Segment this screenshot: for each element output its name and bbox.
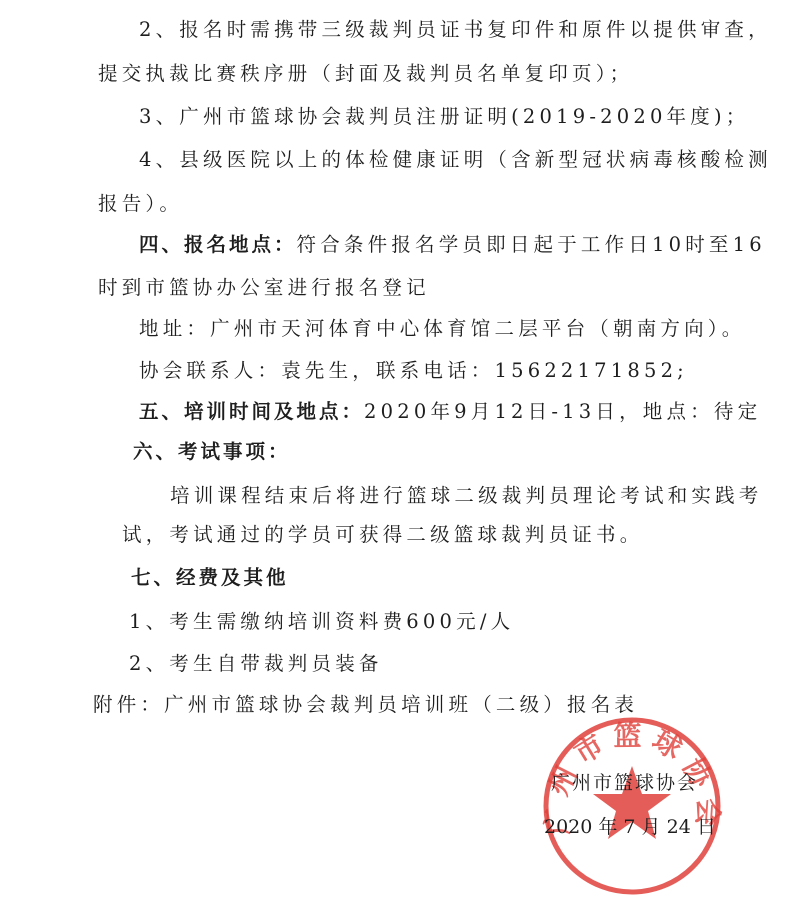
- section-7-item-2: 2、考生自带裁判员装备: [129, 652, 383, 676]
- official-seal: 广州市篮球协会: [540, 714, 724, 898]
- address-line: 地址：广州市天河体育中心体育馆二层平台（朝南方向）。: [139, 317, 745, 341]
- section-6-line-1: 培训课程结束后将进行篮球二级裁判员理论考试和实践考: [170, 484, 763, 508]
- section-4-text: 符合条件报名学员即日起于工作日10时至16: [297, 233, 766, 256]
- section-6-line-2: 试，考试通过的学员可获得二级篮球裁判员证书。: [122, 523, 643, 547]
- section-5-heading: 五、培训时间及地点：: [139, 400, 364, 423]
- section-7-heading: 七、经费及其他: [131, 566, 289, 590]
- item-2-line-2: 提交执裁比赛秩序册（封面及裁判员名单复印页）；: [98, 62, 633, 86]
- item-3: 3、广州市篮球协会裁判员注册证明(2019-2020年度)；: [139, 105, 749, 129]
- signature-date: 2020 年 7 月 24 日: [544, 812, 716, 839]
- item-2-line-1: 2、报名时需携带三级裁判员证书复印件和原件以提供审查，: [139, 18, 772, 42]
- section-5-text: 2020年9月12日-13日，地点：待定: [364, 400, 761, 423]
- signature-org: 广州市篮球协会: [551, 768, 698, 795]
- section-4-line-1: 四、报名地点：符合条件报名学员即日起于工作日10时至16: [139, 233, 766, 257]
- section-5-line: 五、培训时间及地点：2020年9月12日-13日，地点：待定: [139, 400, 761, 424]
- section-7-item-1: 1、考生需缴纳培训资料费600元/人: [129, 610, 514, 634]
- item-4-line-2: 报告）。: [98, 192, 183, 216]
- section-4-heading: 四、报名地点：: [139, 233, 297, 256]
- section-4-line-2: 时到市篮协办公室进行报名登记: [98, 276, 430, 300]
- section-6-heading: 六、考试事项：: [133, 440, 291, 464]
- contact-line: 协会联系人：袁先生，联系电话：15622171852;: [139, 359, 688, 383]
- item-4-line-1: 4、县级医院以上的体检健康证明（含新型冠状病毒核酸检测: [139, 148, 772, 172]
